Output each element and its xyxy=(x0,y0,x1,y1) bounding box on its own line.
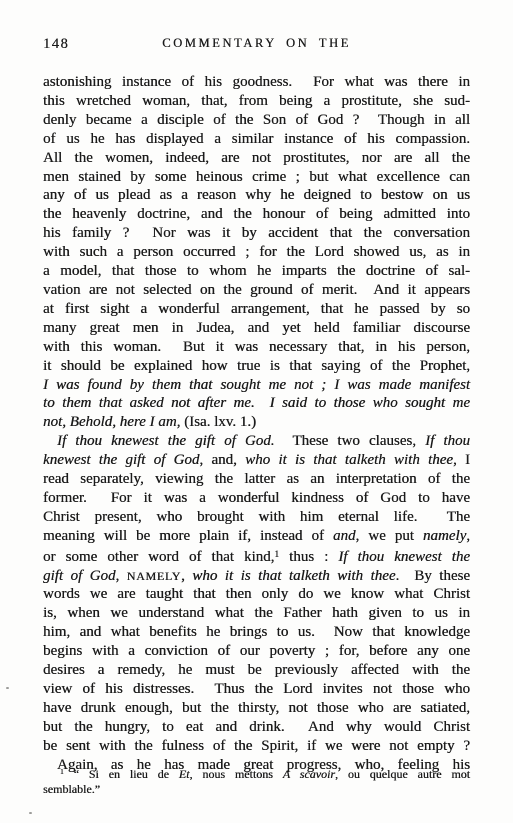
italic-text: If thou knewest the gift of God. xyxy=(57,433,274,449)
text-segment: desires a remedy, he must be previously … xyxy=(43,662,470,678)
text-segment: view of his distresses. Thus the Lord in… xyxy=(43,681,470,697)
text-line: former. For it was a wonderful kindness … xyxy=(43,489,470,508)
text-segment: at first sight a wonderful arrangement, … xyxy=(43,301,470,317)
page-body: astonishing instance of his goodness. Fo… xyxy=(43,73,470,775)
text-line: be sent with the fulness of the Spirit, … xyxy=(43,737,470,756)
smallcaps-text: NAMELY xyxy=(127,569,181,583)
text-segment: Christ present, who brought with him ete… xyxy=(43,509,470,525)
footnote-block: 1 “ Si en lieu de Et, nous mettons A sca… xyxy=(43,764,470,797)
text-segment: . By these xyxy=(395,568,470,584)
text-line: not, Behold, here I am, (Isa. lxv. 1.) xyxy=(43,413,470,432)
text-segment: These two clauses, xyxy=(274,433,425,449)
text-segment: or some other word of that kind, xyxy=(43,549,274,565)
text-line: this wretched woman, that, from being a … xyxy=(43,92,470,111)
text-segment: his family ? Nor was it by accident that… xyxy=(43,225,470,241)
text-line: with this woman. But it was necessary th… xyxy=(43,338,470,357)
text-line: any of us plead as a reason why he deign… xyxy=(43,186,470,205)
scan-speck xyxy=(29,812,32,814)
italic-text: to them that asked not after me. I said … xyxy=(43,395,470,411)
text-line: the heavenly doctrine, and the honour of… xyxy=(43,205,470,224)
text-line: Christ present, who brought with him ete… xyxy=(43,508,470,527)
italic-text: If thou xyxy=(425,433,470,449)
italic-text: Et xyxy=(179,767,190,781)
text-line: have drunk enough, but the thirsty, not … xyxy=(43,699,470,718)
text-line: with such a person occurred ; for the Lo… xyxy=(43,243,470,262)
text-segment: denly became a disciple of the Son of Go… xyxy=(43,112,470,128)
text-line: view of his distresses. Thus the Lord in… xyxy=(43,680,470,699)
text-line: vation are not selected on the ground of… xyxy=(43,281,470,300)
footnote-line: semblable.” xyxy=(43,782,470,797)
text-segment: , and, xyxy=(199,452,245,468)
text-line: many great men in Judea, and yet held fa… xyxy=(43,319,470,338)
text-segment: with such a person occurred ; for the Lo… xyxy=(43,244,470,260)
running-title: COMMENTARY ON THE xyxy=(43,36,470,51)
text-line: If thou knewest the gift of God. These t… xyxy=(43,432,470,451)
italic-text: and xyxy=(333,528,356,544)
text-segment: is, when we understand what the Father h… xyxy=(43,605,470,621)
text-line: or some other word of that kind,1 thus :… xyxy=(43,546,470,567)
text-segment: astonishing instance of his goodness. Fo… xyxy=(43,74,470,90)
text-segment: him, and what benefits he brings to us. … xyxy=(43,624,470,640)
italic-text: I was found by them that sought me not ;… xyxy=(43,377,470,393)
text-line: to them that asked not after me. I said … xyxy=(43,394,470,413)
text-line: meaning will be more plain if, instead o… xyxy=(43,527,470,546)
text-segment: , ou quelque autre mot xyxy=(335,767,470,781)
text-segment: , nous mettons xyxy=(189,767,282,781)
text-line: astonishing instance of his goodness. Fo… xyxy=(43,73,470,92)
text-line: it should be explained how true is that … xyxy=(43,357,470,376)
text-line: begins with a conviction of our poverty … xyxy=(43,642,470,661)
text-segment: many great men in Judea, and yet held fa… xyxy=(43,320,470,336)
text-segment: of us he has displayed a similar instanc… xyxy=(43,131,470,147)
page-header: 148 COMMENTARY ON THE xyxy=(43,36,470,54)
text-segment: , we put xyxy=(355,528,422,544)
italic-text: who it is that talketh with thee xyxy=(245,452,453,468)
italic-text: A scavoir xyxy=(283,767,335,781)
italic-text: not, Behold, here I am, xyxy=(43,414,180,430)
text-segment: but the hungry, to eat and drink. And wh… xyxy=(43,719,470,735)
text-line: is, when we understand what the Father h… xyxy=(43,604,470,623)
text-segment: begins with a conviction of our poverty … xyxy=(43,643,470,659)
text-segment: have drunk enough, but the thirsty, not … xyxy=(43,700,470,716)
text-line: a model, that those to whom he imparts t… xyxy=(43,262,470,281)
scan-speck xyxy=(6,687,9,689)
text-segment: it should be explained how true is that … xyxy=(43,358,470,374)
text-segment: (Isa. lxv. 1.) xyxy=(180,414,256,430)
text-segment: read separately, viewing the latter as a… xyxy=(43,471,470,487)
text-line: gift of God, NAMELY, who it is that talk… xyxy=(43,567,470,586)
text-line: but the hungry, to eat and drink. And wh… xyxy=(43,718,470,737)
text-line: him, and what benefits he brings to us. … xyxy=(43,623,470,642)
text-segment: All the women, indeed, are not prostitut… xyxy=(43,150,470,166)
text-segment: , xyxy=(466,528,470,544)
text-segment: men stained by some heinous crime ; but … xyxy=(43,169,470,185)
text-segment: former. For it was a wonderful kindness … xyxy=(43,490,470,506)
italic-text: namely xyxy=(423,528,466,544)
text-segment: meaning will be more plain if, instead o… xyxy=(43,528,333,544)
text-line: his family ? Nor was it by accident that… xyxy=(43,224,470,243)
text-segment: vation are not selected on the ground of… xyxy=(43,282,470,298)
text-segment: a model, that those to whom he imparts t… xyxy=(43,263,470,279)
text-segment: thus : xyxy=(279,549,338,565)
text-segment: semblable.” xyxy=(43,782,100,796)
text-segment: , xyxy=(181,568,192,584)
italic-text: who it is that talketh with thee xyxy=(192,568,395,584)
text-line: denly became a disciple of the Son of Go… xyxy=(43,111,470,130)
text-line: words we are taught that then only do we… xyxy=(43,585,470,604)
book-page: 148 COMMENTARY ON THE astonishing instan… xyxy=(0,0,513,823)
text-line: read separately, viewing the latter as a… xyxy=(43,470,470,489)
text-line: All the women, indeed, are not prostitut… xyxy=(43,149,470,168)
text-line: men stained by some heinous crime ; but … xyxy=(43,168,470,187)
text-segment: with this woman. But it was necessary th… xyxy=(43,339,470,355)
text-line: knewest the gift of God, and, who it is … xyxy=(43,451,470,470)
text-line: of us he has displayed a similar instanc… xyxy=(43,130,470,149)
text-line: desires a remedy, he must be previously … xyxy=(43,661,470,680)
text-segment: “ Si en lieu de xyxy=(64,767,179,781)
text-segment: this wretched woman, that, from being a … xyxy=(43,93,470,109)
text-line: at first sight a wonderful arrangement, … xyxy=(43,300,470,319)
italic-text: gift of God xyxy=(43,568,115,584)
page-number: 148 xyxy=(43,36,69,53)
text-segment: the heavenly doctrine, and the honour of… xyxy=(43,206,470,222)
text-segment: be sent with the fulness of the Spirit, … xyxy=(43,738,470,754)
text-segment: any of us plead as a reason why he deign… xyxy=(43,187,470,203)
italic-text: If thou knewest the xyxy=(338,549,470,565)
text-segment: , I xyxy=(453,452,470,468)
text-segment: words we are taught that then only do we… xyxy=(43,586,470,602)
text-segment: , xyxy=(115,568,126,584)
italic-text: knewest the gift of God xyxy=(43,452,199,468)
footnote-line: 1 “ Si en lieu de Et, nous mettons A sca… xyxy=(43,764,470,782)
text-line: I was found by them that sought me not ;… xyxy=(43,376,470,395)
